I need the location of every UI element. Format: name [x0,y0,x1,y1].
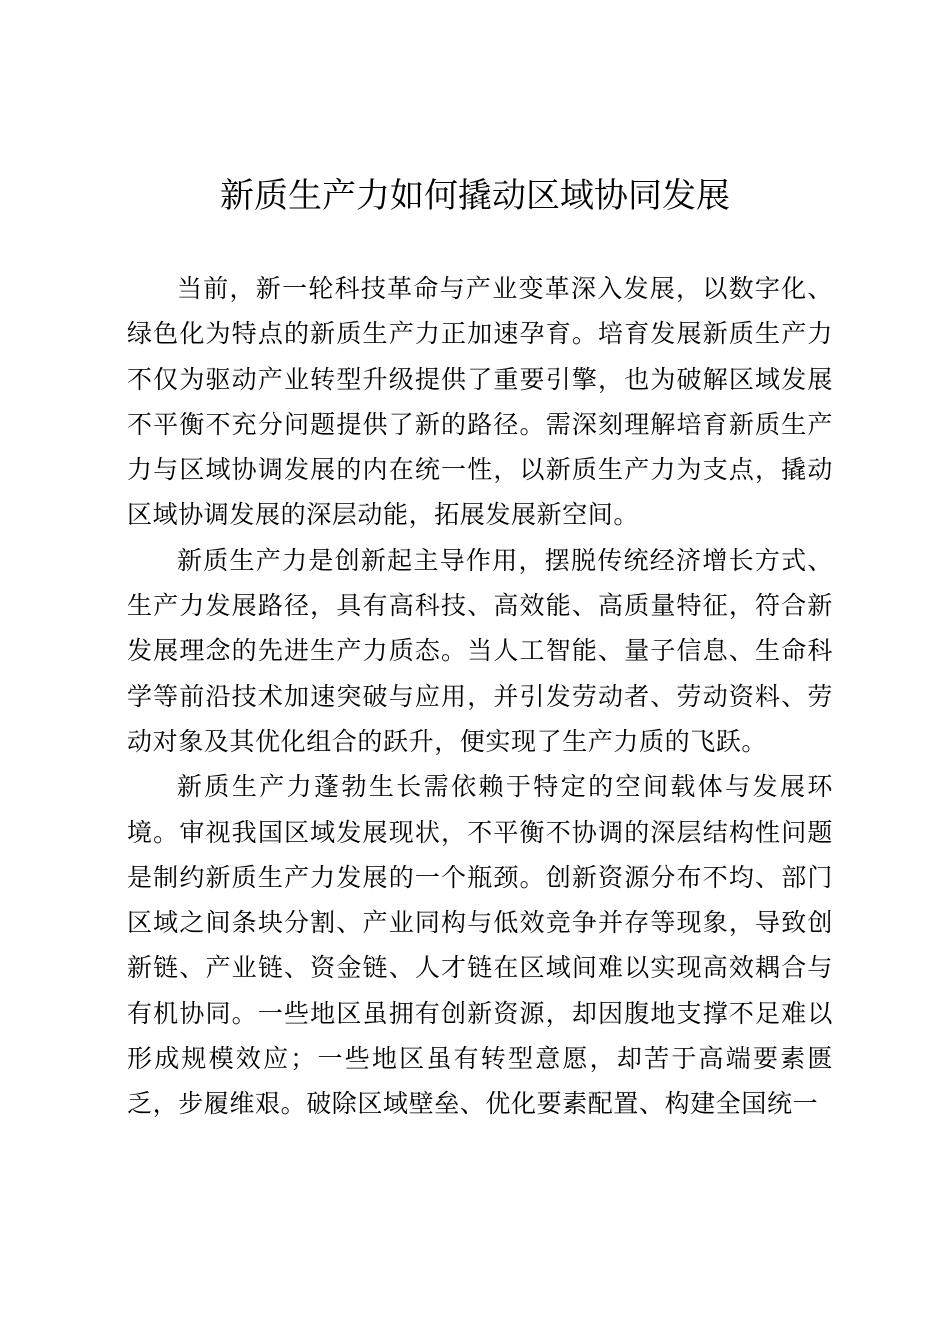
paragraph-1: 当前，新一轮科技革命与产业变革深入发展，以数字化、绿色化为特点的新质生产力正加速… [127,266,833,538]
document-page: 新质生产力如何撬动区域协同发展 当前，新一轮科技革命与产业变革深入发展，以数字化… [0,0,950,1344]
paragraph-3: 新质生产力蓬勃生长需依赖于特定的空间载体与发展环境。审视我国区域发展现状，不平衡… [127,764,833,1126]
document-body: 当前，新一轮科技革命与产业变革深入发展，以数字化、绿色化为特点的新质生产力正加速… [127,266,833,1127]
document-title: 新质生产力如何撬动区域协同发展 [0,168,950,224]
paragraph-2: 新质生产力是创新起主导作用，摆脱传统经济增长方式、生产力发展路径，具有高科技、高… [127,538,833,764]
